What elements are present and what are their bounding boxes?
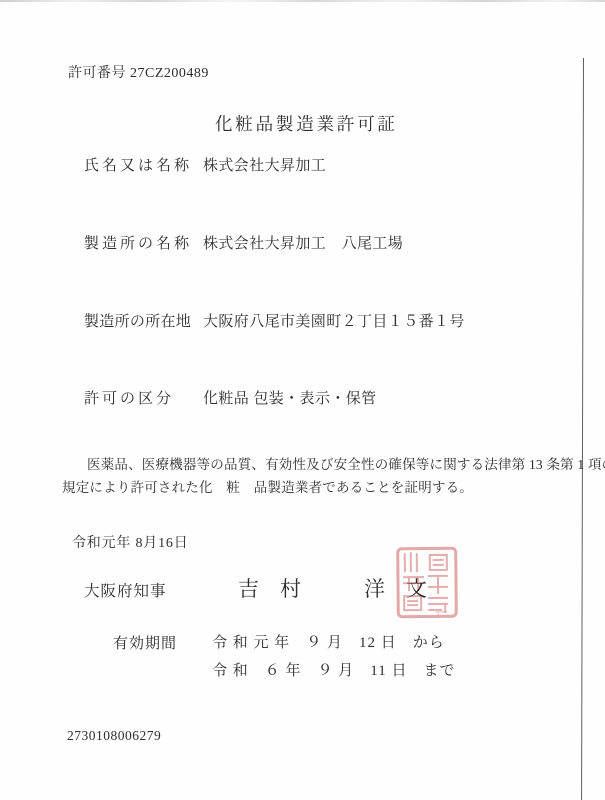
certification-statement: 医薬品、医療機器等の品質、有効性及び安全性の確保等に関する法律第 13 条第 1… (62, 454, 605, 499)
certification-statement-line1: 医薬品、医療機器等の品質、有効性及び安全性の確保等に関する法律第 13 条第 1… (62, 454, 605, 477)
validity-from-date: 令 和 元 年 ９ 月 12 日 から (212, 631, 445, 652)
field-label-name: 氏名又は名称 (84, 154, 192, 175)
field-value-name: 株式会社大昇加工 (203, 154, 326, 175)
certification-statement-line2: 規定により許可された化 粧 品製造業者であることを証明する。 (62, 477, 605, 500)
official-red-seal-icon (396, 546, 459, 620)
scan-edge-artifact-top (0, 0, 605, 2)
field-value-factory-address: 大阪府八尾市美園町２丁目１５番１号 (203, 310, 465, 331)
issuer-title: 大阪府知事 (84, 579, 167, 601)
permit-number: 許可番号 27CZ200489 (68, 62, 209, 82)
license-document-page: 許可番号 27CZ200489 化粧品製造業許可証 氏名又は名称 株式会社大昇加… (0, 0, 605, 800)
document-title: 化粧品製造業許可証 (215, 111, 398, 136)
validity-period-label: 有効期間 (113, 632, 177, 653)
field-label-permit-category: 許可の区分 (84, 387, 174, 408)
field-value-factory-name: 株式会社大昇加工 八尾工場 (203, 232, 403, 253)
field-label-factory-address: 製造所の所在地 (84, 310, 191, 331)
document-serial-number: 2730108006279 (67, 728, 161, 744)
scan-edge-artifact-right (581, 58, 584, 800)
field-label-factory-name: 製造所の名称 (84, 232, 192, 253)
issue-date: 令和元年 8月16日 (72, 532, 189, 552)
validity-to-date: 令 和 ６ 年 ９ 月 11 日 まで (212, 659, 455, 680)
field-value-permit-category: 化粧品 包装・表示・保管 (203, 387, 377, 408)
